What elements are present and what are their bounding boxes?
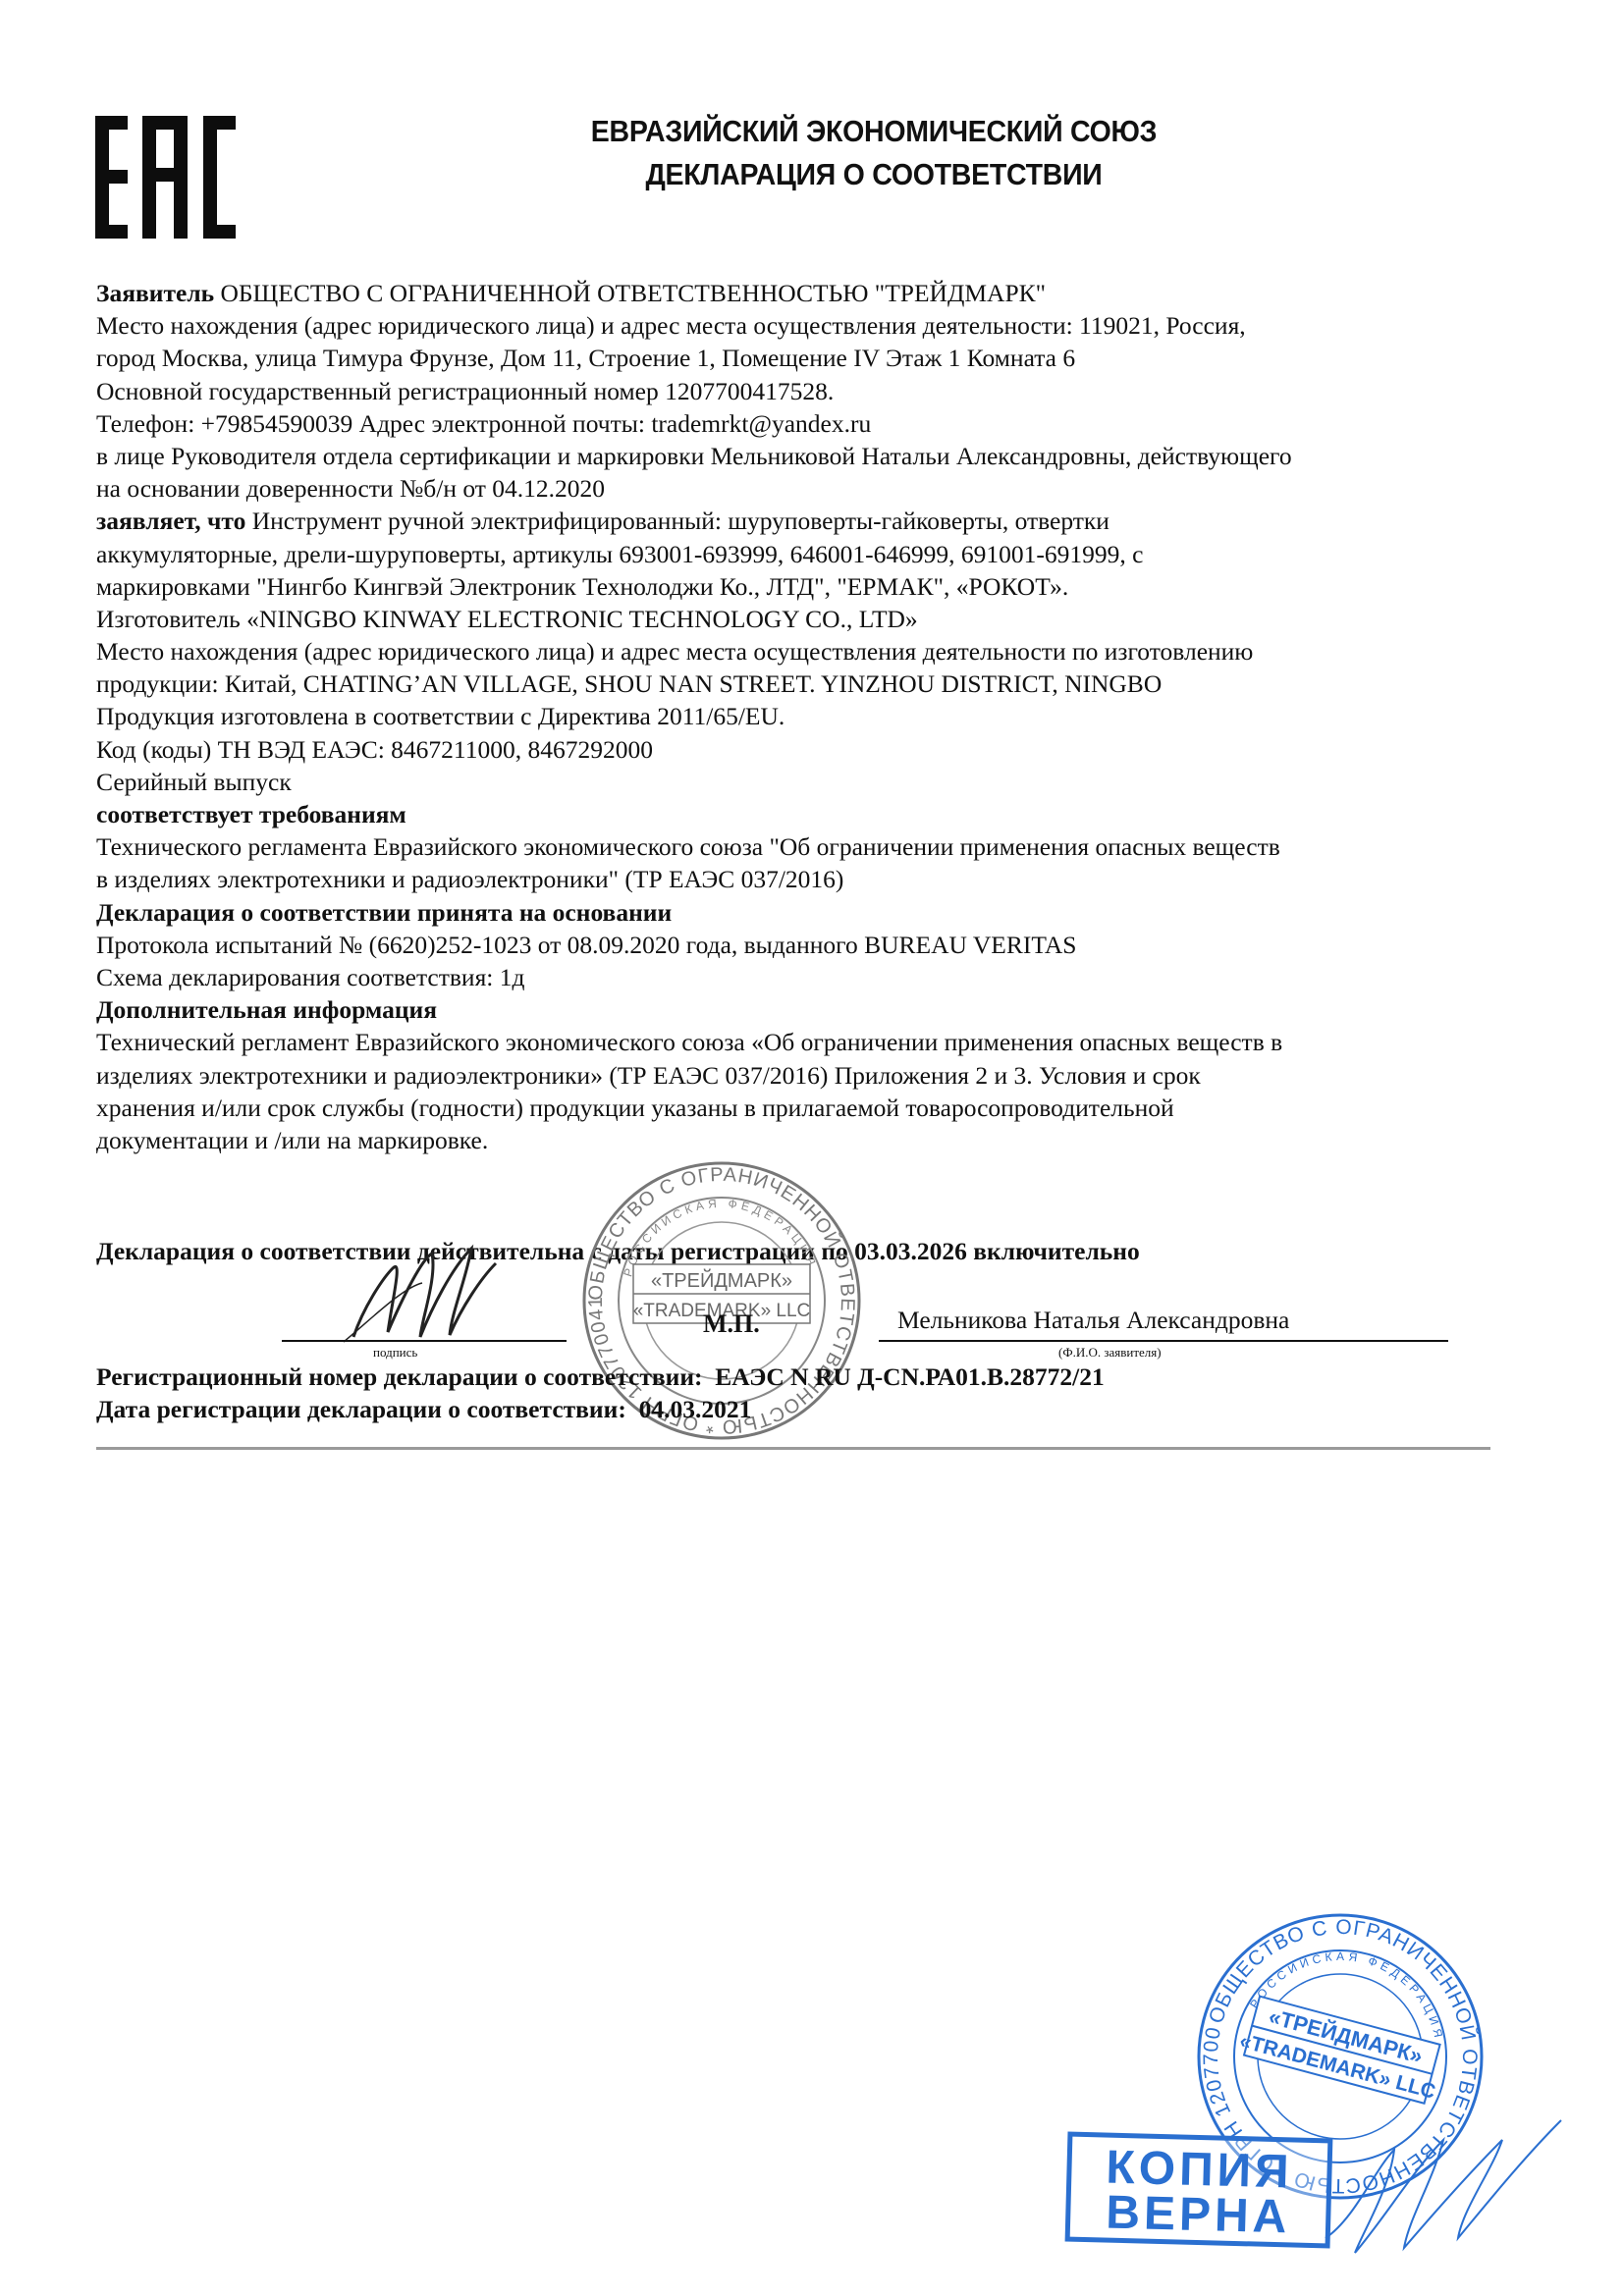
seal-center-ru: «ТРЕЙДМАРК» [651,1268,792,1292]
declaration-body: Заявитель ОБЩЕСТВО С ОГРАНИЧЕННОЙ ОТВЕТС… [96,277,1490,1156]
declaration-scheme: Схема декларирования соответствия: 1д [96,961,1490,993]
registration-block: Регистрационный номер декларации о соотв… [96,1361,1105,1425]
applicant-ogrn: Основной государственный регистрационный… [96,375,1490,407]
additional-info-1: Технический регламент Евразийского эконо… [96,1026,1490,1058]
signature-line [282,1340,567,1342]
manufacturer-address-1: Место нахождения (адрес юридического лиц… [96,635,1490,667]
copy-stamp-line2: ВЕРНА [1070,2190,1326,2242]
registration-date: 04.03.2021 [639,1395,752,1423]
directive: Продукция изготовлена в соответствии с Д… [96,700,1490,732]
applicant-signatory-name: Мельникова Наталья Александровна [897,1306,1289,1335]
signature-caption: подпись [373,1345,417,1361]
copy-certified-stamp: КОПИЯ ВЕРНА [1065,2131,1333,2248]
conformity-label: соответствует требованиям [96,798,1490,830]
applicant-line: Заявитель ОБЩЕСТВО С ОГРАНИЧЕННОЙ ОТВЕТС… [96,277,1490,309]
registration-number-line: Регистрационный номер декларации о соотв… [96,1361,1105,1393]
name-line [879,1340,1448,1342]
blue-signature-icon [1316,2110,1571,2268]
document-header: ЕВРАЗИЙСКИЙ ЭКОНОМИЧЕСКИЙ СОЮЗ ДЕКЛАРАЦИ… [432,110,1316,196]
basis-label: Декларация о соответствии принята на осн… [96,896,1490,929]
additional-info-4: документации и /или на маркировке. [96,1124,1490,1156]
declaration-title: ДЕКЛАРАЦИЯ О СООТВЕТСТВИИ [467,153,1280,196]
manufacturer: Изготовитель «NINGBO KINWAY ELECTRONIC T… [96,603,1490,635]
additional-info-label: Дополнительная информация [96,993,1490,1026]
product-line-3: маркировками "Нингбо Кингвэй Электроник … [96,570,1490,603]
test-protocol: Протокола испытаний № (6620)252-1023 от … [96,929,1490,961]
seal-place-mark: М.П. [703,1309,760,1339]
hs-codes: Код (коды) ТН ВЭД ЕАЭС: 8467211000, 8467… [96,733,1490,766]
signature-icon [334,1239,530,1347]
applicant-address-2: город Москва, улица Тимура Фрунзе, Дом 1… [96,342,1490,374]
applicant-address-1: Место нахождения (адрес юридического лиц… [96,309,1490,342]
additional-info-3: хранения и/или срок службы (годности) пр… [96,1092,1490,1124]
applicant-name: ОБЩЕСТВО С ОГРАНИЧЕННОЙ ОТВЕТСТВЕННОСТЬЮ… [214,279,1046,307]
eac-mark-icon [95,116,236,239]
additional-info-2: изделиях электротехники и радиоэлектрони… [96,1059,1490,1092]
product-line-1: Инструмент ручной электрифицированный: ш… [245,507,1109,535]
manufacturer-address-2: продукции: Китай, CHATING’AN VILLAGE, SH… [96,667,1490,700]
applicant-contacts: Телефон: +79854590039 Адрес электронной … [96,407,1490,440]
conformity-line-2: в изделиях электротехники и радиоэлектро… [96,863,1490,895]
registration-number: ЕАЭС N RU Д-CN.РА01.В.28772/21 [715,1362,1104,1391]
conformity-line-1: Технического регламента Евразийского эко… [96,830,1490,863]
union-title: ЕВРАЗИЙСКИЙ ЭКОНОМИЧЕСКИЙ СОЮЗ [467,110,1280,153]
registration-date-label: Дата регистрации декларации о соответств… [96,1395,626,1423]
applicant-label: Заявитель [96,279,214,307]
declares-label: заявляет, что [96,507,245,535]
product-line-2: аккумуляторные, дрели-шуруповерты, артик… [96,538,1490,570]
name-caption: (Ф.И.О. заявителя) [1058,1345,1162,1361]
release-type: Серийный выпуск [96,766,1490,798]
applicant-representative-2: на основании доверенности №б/н от 04.12.… [96,472,1490,505]
divider [96,1447,1490,1450]
registration-number-label: Регистрационный номер декларации о соотв… [96,1362,703,1391]
applicant-representative-1: в лице Руководителя отдела сертификации … [96,440,1490,472]
registration-date-line: Дата регистрации декларации о соответств… [96,1393,1105,1425]
declares-line: заявляет, что Инструмент ручной электриф… [96,505,1490,537]
